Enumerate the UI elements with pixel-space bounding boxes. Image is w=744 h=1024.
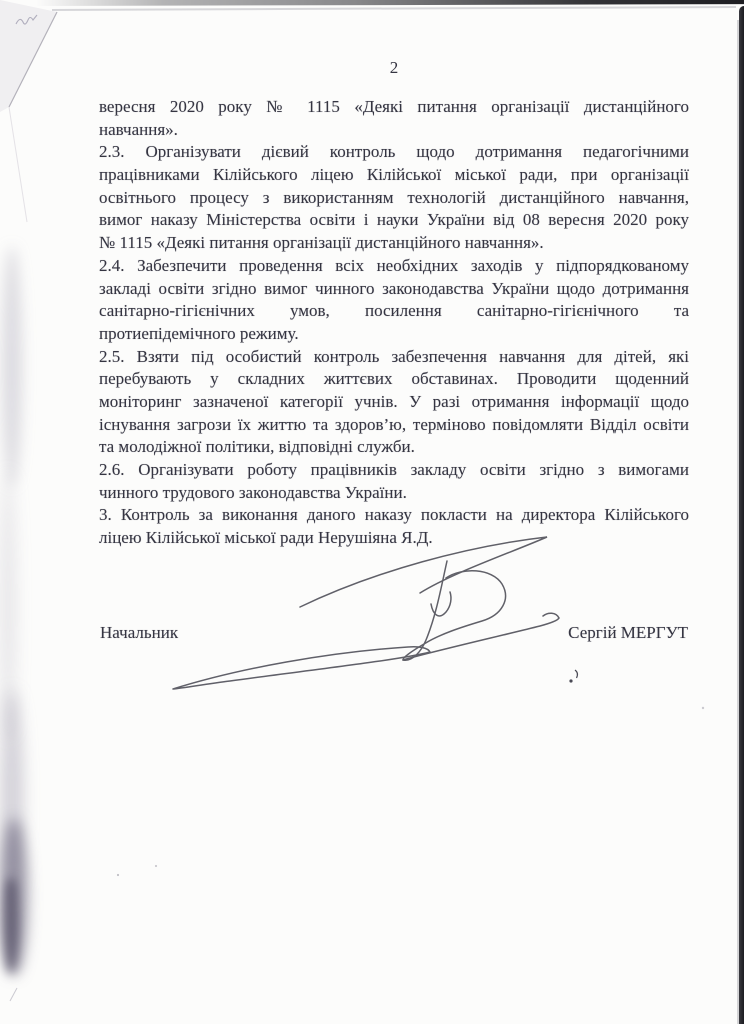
text-line: вимог наказу Міністерства освіти і науки… (99, 209, 689, 232)
signature-block: Начальник Сергій МЕРГУТ (100, 623, 688, 645)
text-line: існування загрози їх життю та здоров’ю, … (99, 414, 689, 437)
text-line: 2.5. Взяти під особистий контроль забезп… (99, 346, 689, 369)
text-line: вересня 2020 року № 1115 «Деякі питання … (99, 96, 689, 119)
signature-loop-and-tail (403, 571, 559, 660)
text-line: чинного трудового законодавства України. (99, 482, 689, 505)
signer-title: Начальник (100, 623, 178, 643)
text-line: ліцею Кілійської міської ради Нерушіяна … (99, 527, 689, 550)
dust-speck (117, 874, 119, 876)
text-line: навчання». (99, 119, 689, 142)
ink-speck (569, 679, 572, 682)
scan-smudge-left (3, 878, 19, 974)
text-line: закладі освіти згідно вимог чинного зако… (99, 278, 689, 301)
text-line: 2.3. Організувати дієвий контроль щодо д… (99, 141, 689, 164)
page-corner-shade (0, 0, 57, 112)
scan-smudge-left (0, 818, 28, 976)
text-line: санітарно-гігієнічних умов, посилення са… (99, 300, 689, 323)
paper-edge-right-shadow (737, 20, 739, 1024)
paper-edge-top (52, 6, 736, 10)
text-line: моніторинг зазначеної категорії учнів. У… (99, 391, 689, 414)
page-corner-fold-line (9, 12, 57, 107)
edge-scratch (10, 988, 17, 1001)
scanned-document-page: 2 вересня 2020 року № 1115 «Деякі питанн… (0, 0, 744, 1024)
dust-speck (155, 865, 157, 867)
text-line: працівниками Кілійського ліцею Кілійсько… (99, 164, 689, 187)
scanner-edge-right (739, 6, 744, 1024)
page-number: 2 (99, 58, 689, 78)
text-line: 2.6. Організувати роботу працівників зак… (99, 459, 689, 482)
text-line: перебувають у складних життєвих обставин… (99, 368, 689, 391)
text-line: 2.4. Забезпечити проведення всіх необхід… (99, 255, 689, 278)
signature-stem (403, 561, 447, 660)
signature-u-bump (431, 592, 451, 616)
document-body: вересня 2020 року № 1115 «Деякі питання … (99, 96, 689, 550)
page-corner-fold-line-faint (9, 107, 27, 222)
scanner-edge-top (36, 0, 744, 6)
text-line: та молодіжної політики, відповідні служб… (99, 436, 689, 459)
scan-smudge-left (2, 246, 22, 486)
text-line: № 1115 «Деякі питання організації дистан… (99, 232, 689, 255)
handwritten-corner-mark (16, 15, 37, 24)
text-line: 3. Контроль за виконання даного наказу п… (99, 504, 689, 527)
dust-speck (702, 707, 704, 709)
scan-smudge-left (0, 470, 16, 740)
ink-speck-curl (575, 670, 577, 678)
scan-smudge-left (1, 690, 23, 900)
signature-lower-sweep (173, 647, 430, 689)
signer-name: Сергій МЕРГУТ (568, 623, 688, 643)
text-line: протиепідемічного режиму. (99, 323, 689, 346)
text-line: освітнього процесу з використанням техно… (99, 187, 689, 210)
